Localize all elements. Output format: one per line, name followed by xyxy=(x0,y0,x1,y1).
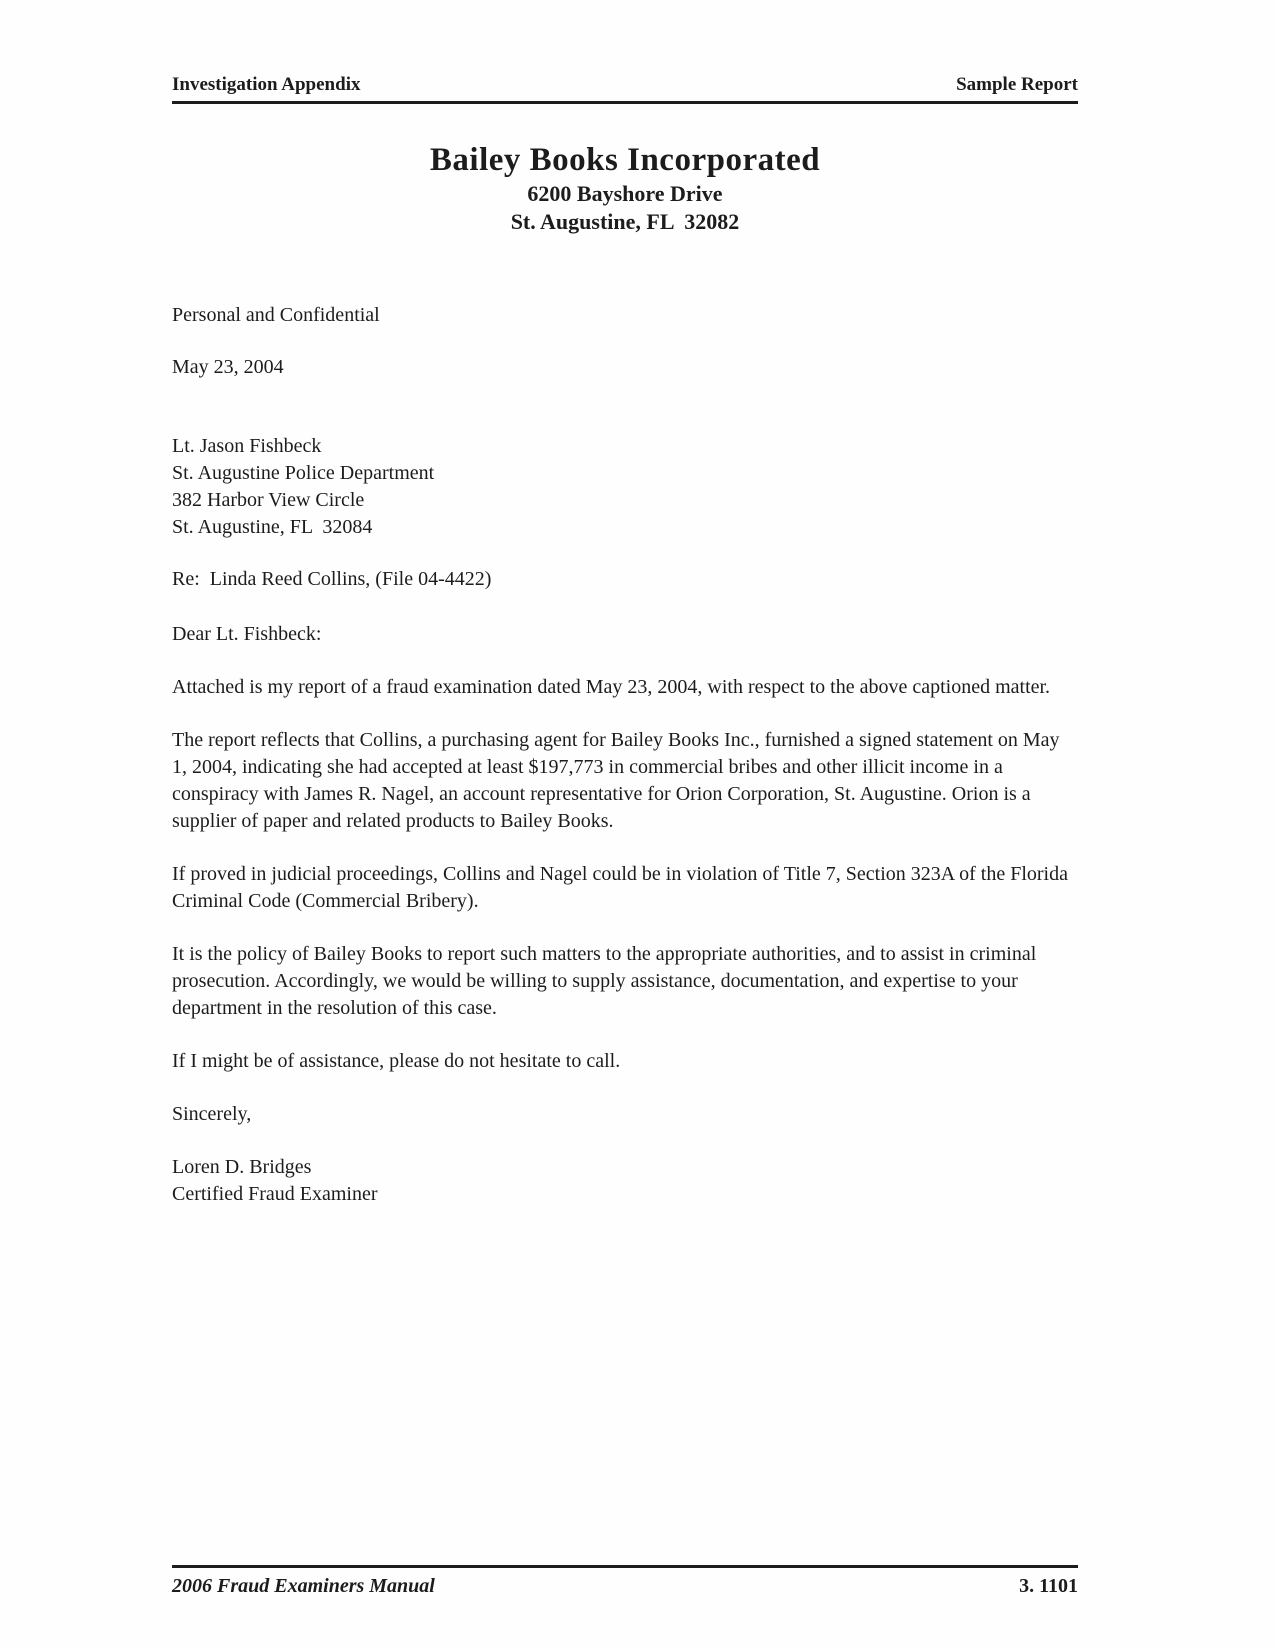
letterhead: Bailey Books Incorporated 6200 Bayshore … xyxy=(172,140,1078,236)
footer-page-number: 3. 1101 xyxy=(1019,1575,1078,1598)
company-street-address: 6200 Bayshore Drive xyxy=(172,180,1078,208)
salutation: Dear Lt. Fishbeck: xyxy=(172,621,1078,648)
closing: Sincerely, xyxy=(172,1101,1078,1128)
letter-paragraph: Attached is my report of a fraud examina… xyxy=(172,674,1078,701)
page-footer: 2006 Fraud Examiners Manual 3. 1101 xyxy=(172,1565,1078,1598)
signer-title: Certified Fraud Examiner xyxy=(172,1181,1078,1208)
header-report-label: Sample Report xyxy=(956,74,1078,96)
header-section-label: Investigation Appendix xyxy=(172,74,360,96)
company-city-state-zip: St. Augustine, FL 32082 xyxy=(172,208,1078,236)
recipient-name: Lt. Jason Fishbeck xyxy=(172,433,1078,460)
re-line: Re: Linda Reed Collins, (File 04-4422) xyxy=(172,566,1078,593)
letter-paragraph: It is the policy of Bailey Books to repo… xyxy=(172,941,1078,1022)
recipient-address-block: Lt. Jason Fishbeck St. Augustine Police … xyxy=(172,433,1078,541)
confidential-notice: Personal and Confidential xyxy=(172,302,1078,329)
letter-date: May 23, 2004 xyxy=(172,354,1078,381)
signer-name: Loren D. Bridges xyxy=(172,1154,1078,1181)
recipient-city-state-zip: St. Augustine, FL 32084 xyxy=(172,514,1078,541)
letter-paragraph: If proved in judicial proceedings, Colli… xyxy=(172,861,1078,915)
running-header: Investigation Appendix Sample Report xyxy=(172,74,1078,104)
letter-content: Investigation Appendix Sample Report Bai… xyxy=(172,74,1078,1208)
recipient-street: 382 Harbor View Circle xyxy=(172,487,1078,514)
recipient-organization: St. Augustine Police Department xyxy=(172,460,1078,487)
company-name: Bailey Books Incorporated xyxy=(172,140,1078,180)
footer-manual-title: 2006 Fraud Examiners Manual xyxy=(172,1575,435,1598)
signature-block: Loren D. Bridges Certified Fraud Examine… xyxy=(172,1154,1078,1208)
letter-paragraph: The report reflects that Collins, a purc… xyxy=(172,727,1078,835)
letter-page: Investigation Appendix Sample Report Bai… xyxy=(0,0,1275,1650)
letter-paragraph: If I might be of assistance, please do n… xyxy=(172,1048,1078,1075)
